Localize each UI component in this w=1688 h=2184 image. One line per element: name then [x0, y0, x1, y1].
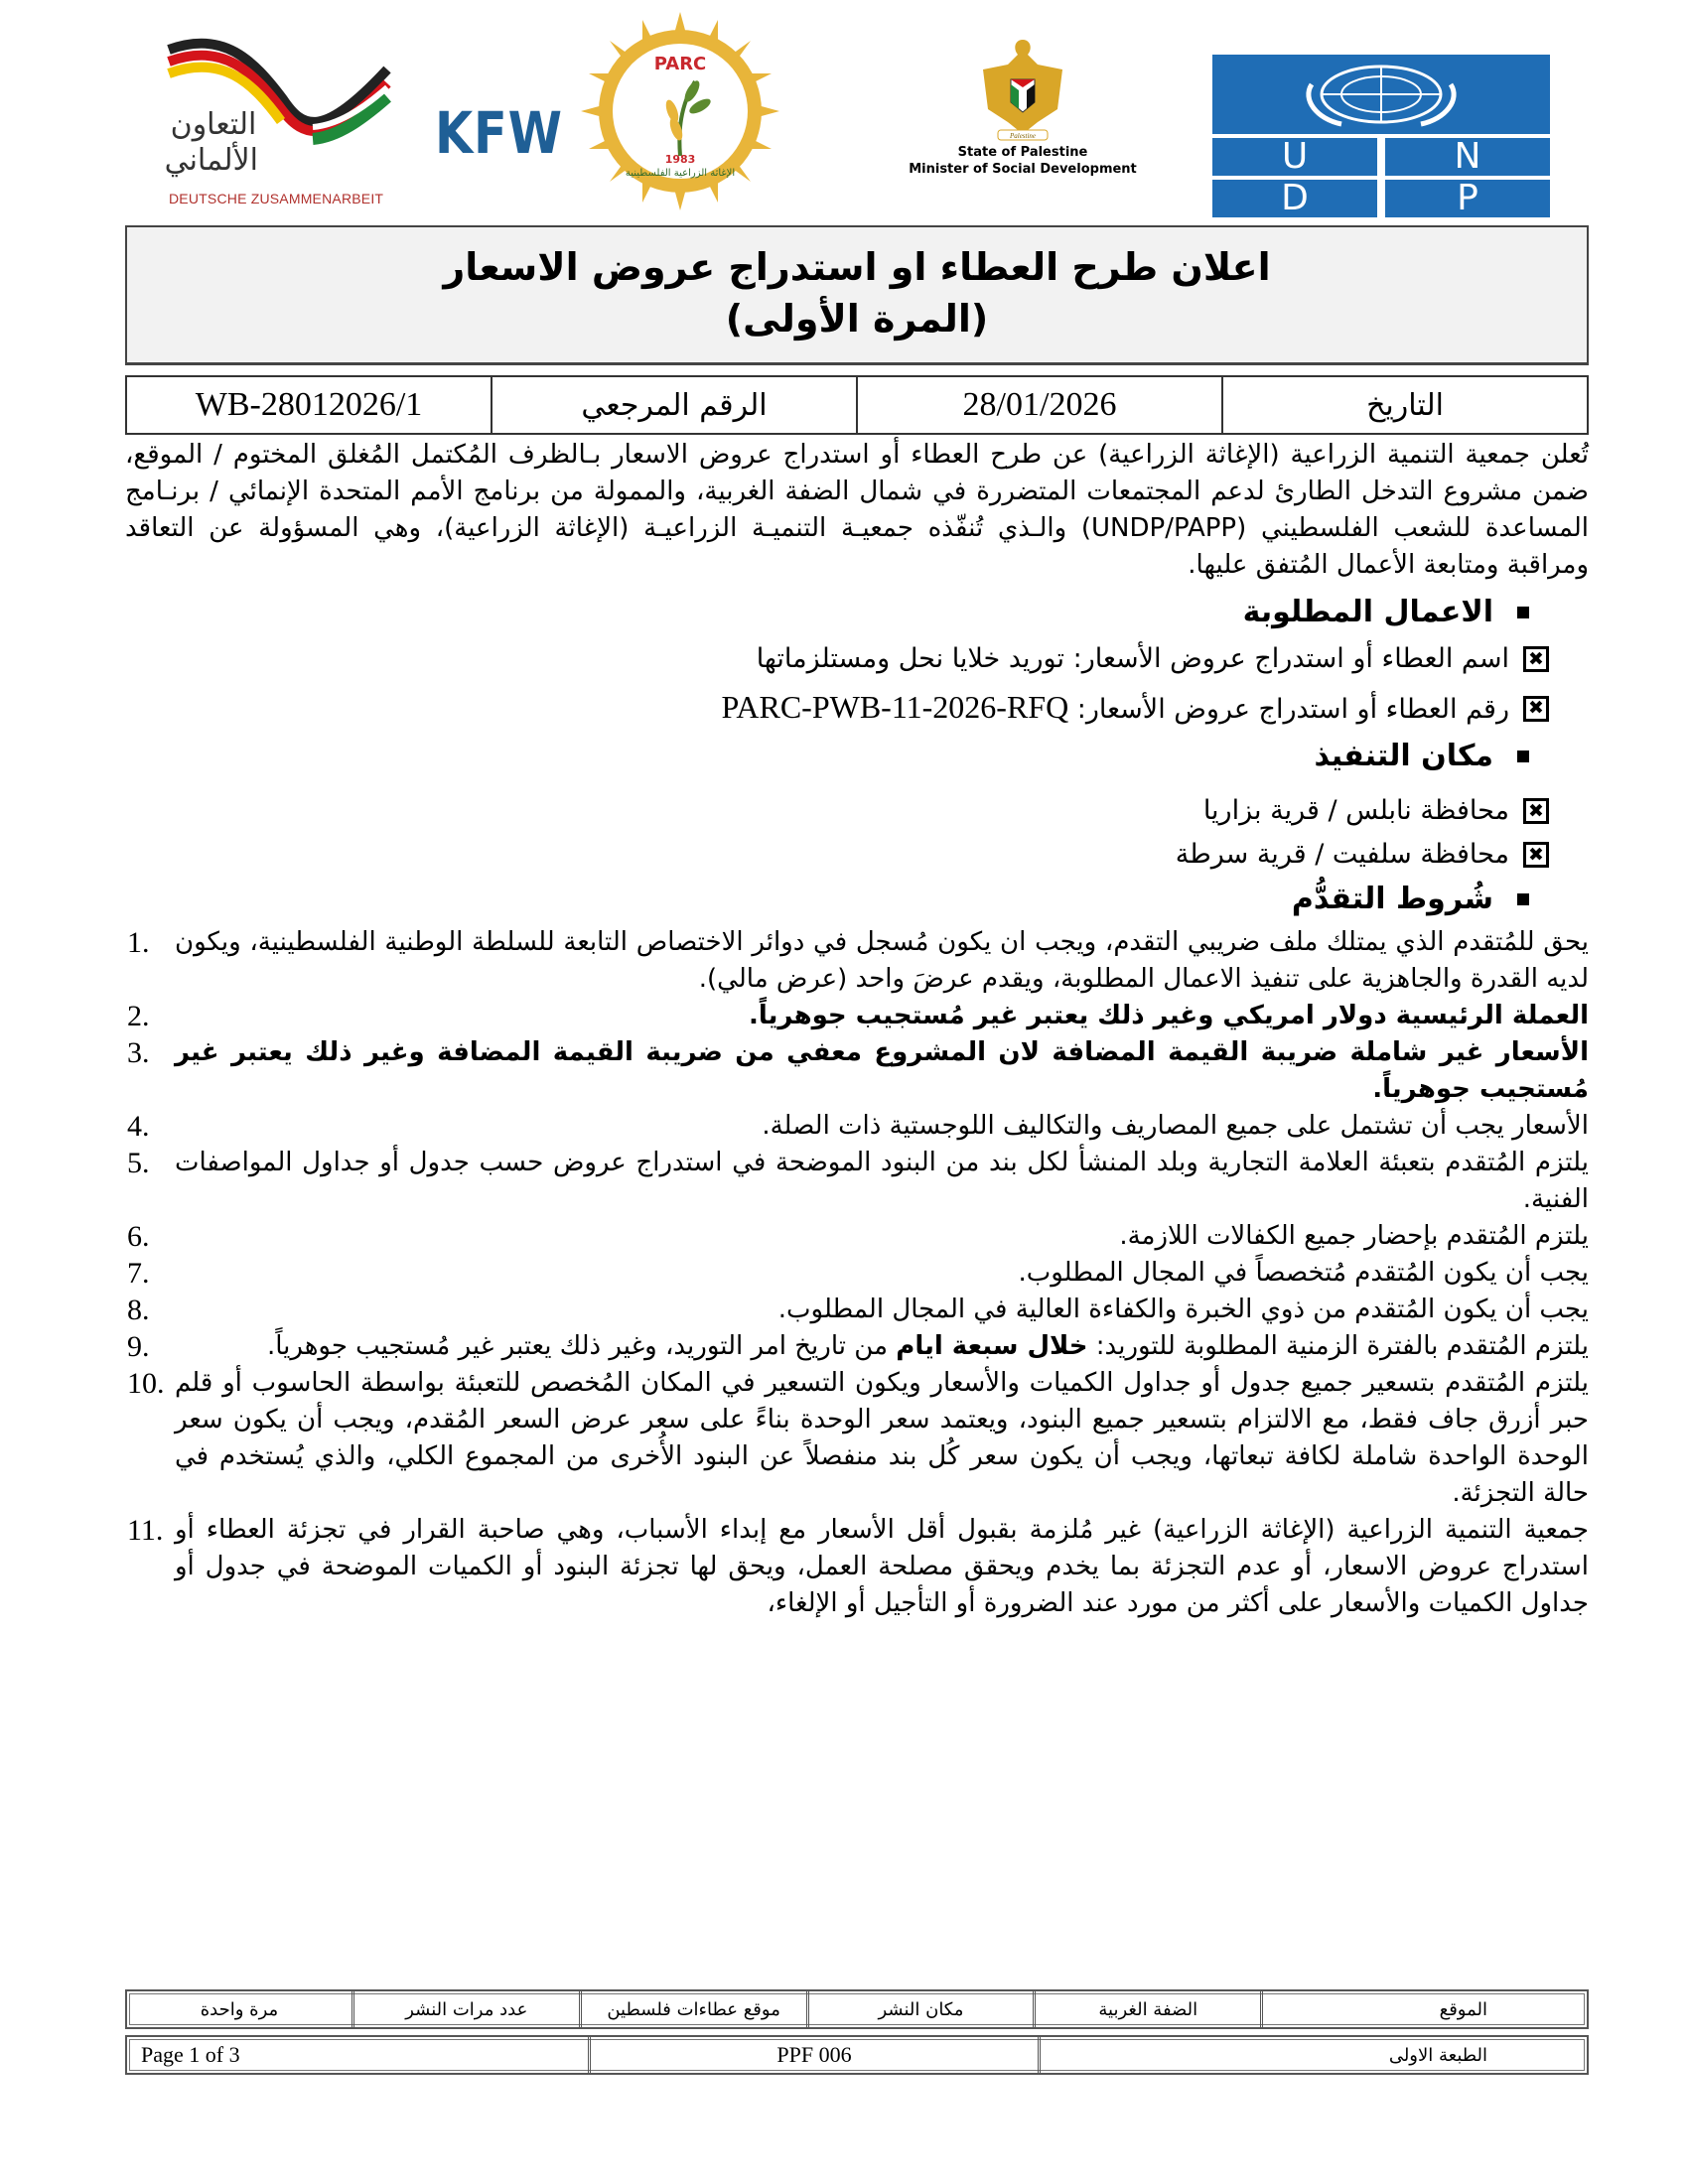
ministry-text: Minister of Social Development — [884, 161, 1162, 178]
kfw-logo: KFW — [435, 99, 563, 167]
condition-item: الأسعار يجب أن تشتمل على جميع المصاريف و… — [125, 1108, 1589, 1145]
tender-name-label: اسم العطاء أو استدراج عروض الأسعار: — [1064, 643, 1509, 674]
condition-item: يلتزم المُتقدم بتعبئة العلامة التجارية و… — [125, 1145, 1589, 1218]
section-heading-conditions: شُروط التقدُّم — [125, 877, 1529, 922]
un-globe-wreath-icon — [1212, 55, 1550, 134]
condition-item: يلتزم المُتقدم بإحضار جميع الكفالات اللا… — [125, 1218, 1589, 1255]
footer-publish-count-value: مرة واحدة — [127, 1991, 352, 2027]
state-of-palestine-text: State of Palestine — [884, 144, 1162, 161]
condition-item: جمعية التنمية الزراعية (الإغاثة الزراعية… — [125, 1512, 1589, 1622]
tender-number-item: ✖ رقم العطاء أو استدراج عروض الأسعار: PA… — [125, 683, 1549, 734]
condition-item: يحق للمُتقدم الذي يمتلك ملف ضريبي التقدم… — [125, 924, 1589, 998]
condition-item: يجب أن يكون المُتقدم مُتخصصاً في المجال … — [125, 1255, 1589, 1292]
footer-location-value: الضفة الغربية — [1033, 1991, 1260, 2027]
section-heading-location: مكان التنفيذ — [125, 734, 1529, 779]
checked-box-icon: ✖ — [1523, 646, 1549, 672]
square-bullet-icon — [1517, 751, 1529, 762]
checked-box-icon: ✖ — [1523, 798, 1549, 824]
parc-sun-emblem-icon: PARC 1983 الإغاثة الزراعية الفلسطينية — [581, 12, 779, 210]
condition-item: يلتزم المُتقدم بالفترة الزمنية المطلوبة … — [125, 1328, 1589, 1365]
condition-item: يلتزم المُتقدم بتسعير جميع جدول أو جداول… — [125, 1365, 1589, 1512]
tender-name-value: توريد خلايا نحل ومستلزماتها — [757, 643, 1064, 674]
checked-box-icon: ✖ — [1523, 842, 1549, 868]
location-text: محافظة نابلس / قرية بزاريا — [1203, 789, 1509, 833]
footer-publish-place-value: موقع عطاءات فلسطين — [579, 1991, 806, 2027]
undp-letter-u: U — [1212, 138, 1377, 176]
square-bullet-icon — [1517, 893, 1529, 905]
footer-location-label: الموقع — [1260, 1991, 1587, 2027]
footer-publication-row: الموقع الضفة الغربية مكان النشر موقع عطا… — [125, 1989, 1589, 2029]
date-label: التاريخ — [1221, 377, 1587, 433]
tender-number-value: PARC-PWB-11-2026-RFQ — [722, 689, 1069, 725]
giz-arabic-text: التعاون الألماني — [169, 107, 258, 179]
tender-name-item: ✖ اسم العطاء أو استدراج عروض الأسعار: تو… — [125, 635, 1549, 683]
un-emblem — [1212, 55, 1550, 134]
svg-text:1983: 1983 — [665, 153, 696, 166]
giz-logo: التعاون الألماني DEUTSCHE ZUSAMMENARBEIT — [154, 20, 402, 208]
palestine-eagle-emblem-icon: Palestine — [963, 35, 1082, 144]
tender-number-label: رقم العطاء أو استدراج عروض الأسعار: — [1068, 694, 1509, 725]
condition-item: يجب أن يكون المُتقدم من ذوي الخبرة والكف… — [125, 1292, 1589, 1328]
conditions-list: يحق للمُتقدم الذي يمتلك ملف ضريبي التقدم… — [125, 924, 1589, 1622]
svg-text:PARC: PARC — [654, 54, 707, 74]
giz-english-text: DEUTSCHE ZUSAMMENARBEIT — [169, 191, 383, 206]
condition-item: الأسعار غير شاملة ضريبة القيمة المضافة ل… — [125, 1034, 1589, 1108]
section-heading-works: الاعمال المطلوبة — [125, 590, 1529, 635]
header-logos: التعاون الألماني DEUTSCHE ZUSAMMENARBEIT… — [0, 0, 1688, 213]
location-item: ✖ محافظة نابلس / قرية بزاريا — [125, 789, 1549, 833]
section-heading-text: شُروط التقدُّم — [1292, 877, 1493, 922]
undp-letter-d: D — [1212, 180, 1377, 217]
announcement-body: تُعلن جمعية التنمية الزراعية (الإغاثة ال… — [125, 437, 1589, 1622]
location-text: محافظة سلفيت / قرية سرطة — [1176, 833, 1509, 877]
section-heading-text: الاعمال المطلوبة — [1243, 590, 1493, 635]
document-footer: الموقع الضفة الغربية مكان النشر موقع عطا… — [125, 1989, 1589, 2075]
reference-value: WB-28012026/1 — [127, 377, 491, 433]
footer-publish-count-label: عدد مرات النشر — [352, 1991, 579, 2027]
parc-logo: PARC 1983 الإغاثة الزراعية الفلسطينية — [581, 12, 779, 210]
palestine-ministry-logo: Palestine State of Palestine Minister of… — [884, 35, 1162, 194]
svg-text:Palestine: Palestine — [1009, 132, 1036, 140]
date-value: 28/01/2026 — [856, 377, 1221, 433]
meta-table: التاريخ 28/01/2026 الرقم المرجعي WB-2801… — [125, 375, 1589, 435]
checked-box-icon: ✖ — [1523, 696, 1549, 722]
intro-paragraph: تُعلن جمعية التنمية الزراعية (الإغاثة ال… — [125, 437, 1589, 584]
svg-text:الإغاثة الزراعية الفلسطينية: الإغاثة الزراعية الفلسطينية — [626, 168, 735, 179]
page-subtitle: (المرة الأولى) — [127, 293, 1587, 344]
reference-label: الرقم المرجعي — [491, 377, 856, 433]
undp-letter-p: P — [1385, 180, 1550, 217]
undp-letter-n: N — [1385, 138, 1550, 176]
footer-edition: الطبعة الاولى — [1038, 2037, 1587, 2073]
section-heading-text: مكان التنفيذ — [1314, 734, 1493, 779]
footer-form-code: PPF 006 — [588, 2037, 1038, 2073]
undp-logo: U N D P — [1212, 55, 1550, 217]
square-bullet-icon — [1517, 607, 1529, 618]
footer-page-number: Page 1 of 3 — [127, 2037, 588, 2073]
delivery-period: خلال سبعة ايام — [896, 1331, 1087, 1361]
location-item: ✖ محافظة سلفيت / قرية سرطة — [125, 833, 1549, 877]
footer-publish-place-label: مكان النشر — [806, 1991, 1034, 2027]
page-title: اعلان طرح العطاء او استدراج عروض الاسعار — [127, 241, 1587, 293]
condition-item: العملة الرئيسية دولار امريكي وغير ذلك يع… — [125, 998, 1589, 1034]
announcement-title-box: اعلان طرح العطاء او استدراج عروض الاسعار… — [125, 225, 1589, 365]
footer-doc-info-row: الطبعة الاولى PPF 006 Page 1 of 3 — [125, 2035, 1589, 2075]
